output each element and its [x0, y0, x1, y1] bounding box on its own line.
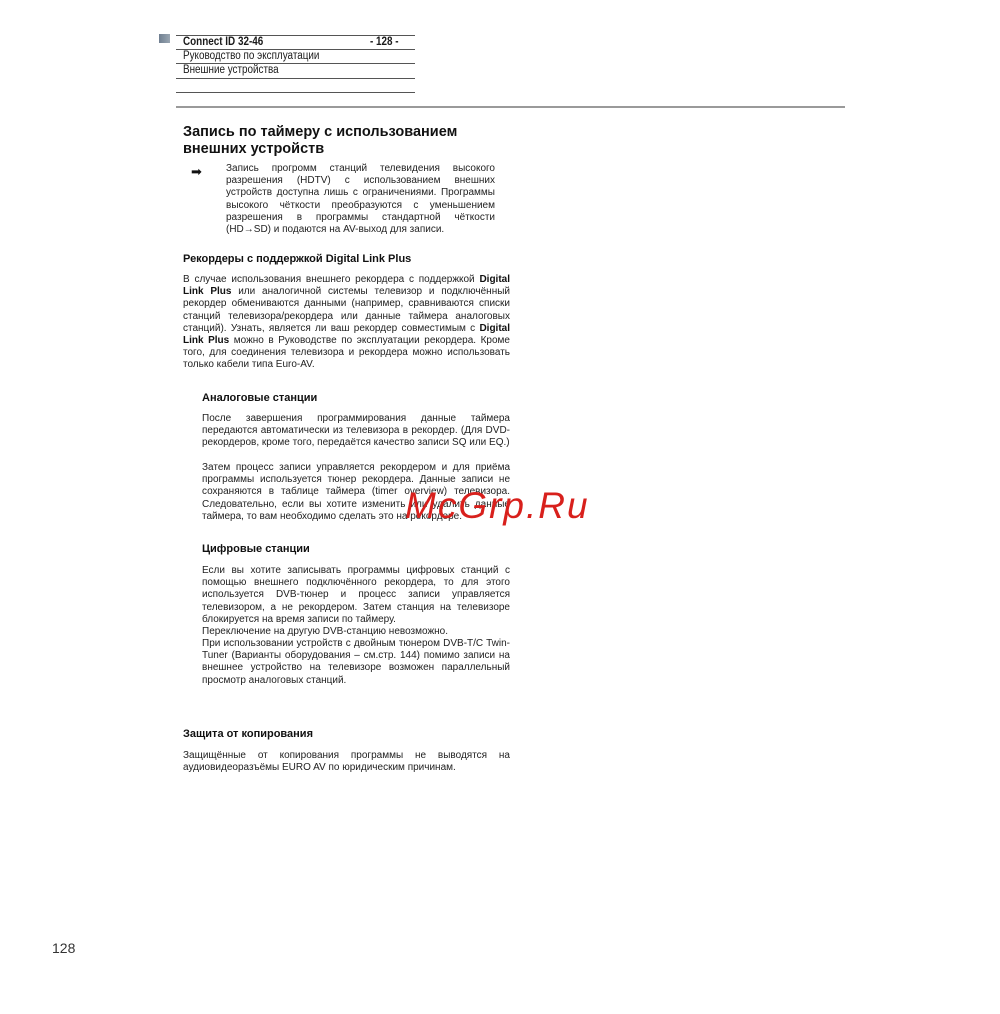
section-heading-copy: Защита от копирования	[183, 728, 313, 741]
watermark: McGrp.Ru	[405, 485, 590, 527]
document-marker-icon	[159, 34, 170, 43]
digital-paragraph-2: Переключение на другую DVB-станцию невоз…	[202, 626, 510, 638]
section-heading-dlp: Рекордеры с поддержкой Digital Link Plus	[183, 253, 411, 266]
header-rule	[176, 92, 415, 93]
header-rule	[176, 78, 415, 79]
digital-paragraph-3: При использовании устройств с двойным тю…	[202, 638, 510, 687]
header-section: Внешние устройства	[183, 63, 372, 77]
page-number: 128	[52, 940, 75, 956]
header-page-label: - 128 -	[370, 35, 399, 49]
page-separator	[176, 106, 845, 108]
hdtv-note: Запись прогромм станций телевидения высо…	[226, 163, 495, 236]
analog-paragraph-1: После завершения программирования данные…	[202, 413, 510, 450]
page-title: Запись по таймеру с использованием внешн…	[183, 124, 513, 158]
section-heading-analog: Аналоговые станции	[202, 392, 317, 405]
digital-paragraph-1: Если вы хотите записывать программы цифр…	[202, 565, 510, 626]
dlp-paragraph: В случае использования внешнего рекордер…	[183, 274, 510, 372]
header-manual: Руководство по эксплуатации	[183, 49, 372, 63]
arrow-right-icon: ➡	[191, 164, 202, 180]
section-heading-digital: Цифровые станции	[202, 543, 310, 556]
copy-paragraph: Защищённые от копирования программы не в…	[183, 750, 510, 774]
header-product: Connect ID 32-46	[183, 35, 372, 49]
